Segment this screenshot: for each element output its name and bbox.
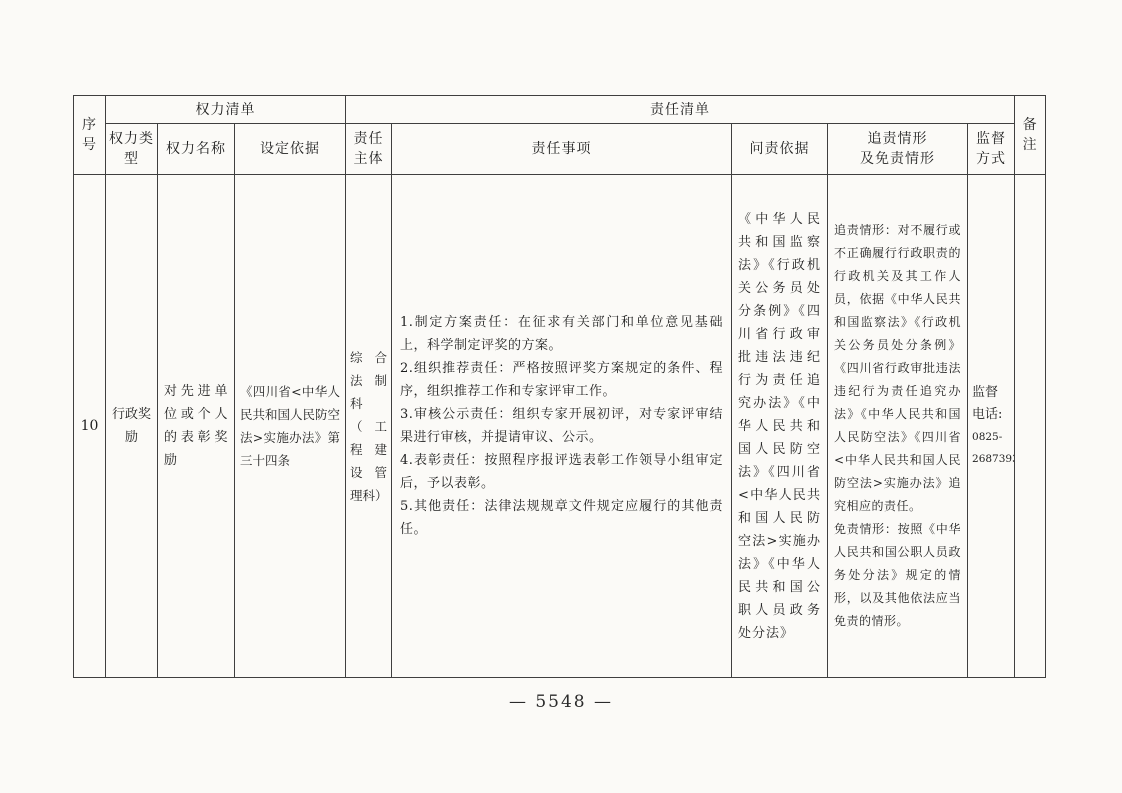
table-row: 10 行政奖励 对先进单位或个人的表彰奖励 《四川省<中华人民共和国人民防空法>… — [74, 175, 1046, 678]
cell-serial-number: 10 — [74, 175, 106, 678]
pursuit-situation-text: 追责情形：对不履行或不正确履行行政职责的行政机关及其工作人员，依据《中华人民共和… — [834, 219, 961, 518]
header-accountability-basis: 问责依据 — [732, 124, 828, 175]
cell-power-name: 对先进单位或个人的表彰奖励 — [158, 175, 235, 678]
scanned-document-page: 序号 权力清单 责任清单 备注 权力类型 权力名称 设定依据 责任主体 责任事项… — [0, 0, 1122, 793]
cell-setting-basis: 《四川省<中华人民共和国人民防空法>实施办法》第三十四条 — [235, 175, 346, 678]
responsibility-item-2: 2.组织推荐责任：严格按照评奖方案规定的条件、程序，组织推荐工作和专家评审工作。 — [400, 357, 723, 403]
page-number: — 5548 — — [0, 692, 1122, 712]
header-serial: 序号 — [74, 96, 106, 175]
header-responsibility-list: 责任清单 — [346, 96, 1015, 124]
exemption-situation-text: 免责情形：按照《中华人民共和国公职人员政务处分法》规定的情形，以及其他依法应当免… — [834, 518, 961, 633]
header-power-list: 权力清单 — [106, 96, 346, 124]
cell-power-type: 行政奖励 — [106, 175, 158, 678]
header-accountability-situations: 追责情形 及免责情形 — [828, 124, 968, 175]
responsibility-item-5: 5.其他责任：法律法规规章文件规定应履行的其他责任。 — [400, 495, 723, 541]
supervision-line-2: 电话: — [972, 404, 1010, 426]
responsibility-item-1: 1.制定方案责任：在征求有关部门和单位意见基础上，科学制定评奖的方案。 — [400, 311, 723, 357]
cell-supervision-method: 监督 电话: 0825- 2687393 — [968, 175, 1015, 678]
header-setting-basis: 设定依据 — [235, 124, 346, 175]
supervision-line-3: 0825- — [972, 426, 1010, 448]
cell-accountability-basis: 《中华人民共和国监察法》《行政机关公务员处分条例》《四川省行政审批违法违纪行为责… — [732, 175, 828, 678]
supervision-line-4: 2687393 — [972, 448, 1010, 470]
responsibility-item-4: 4.表彰责任：按照程序报评选表彰工作领导小组审定后，予以表彰。 — [400, 449, 723, 495]
header-responsibility-items: 责任事项 — [392, 124, 732, 175]
header-accountability-situations-line2: 及免责情形 — [831, 149, 964, 169]
header-supervision-method: 监督方式 — [968, 124, 1015, 175]
header-responsible-entity: 责任主体 — [346, 124, 392, 175]
power-responsibility-table: 序号 权力清单 责任清单 备注 权力类型 权力名称 设定依据 责任主体 责任事项… — [73, 95, 1046, 678]
cell-responsibility-items: 1.制定方案责任：在征求有关部门和单位意见基础上，科学制定评奖的方案。 2.组织… — [392, 175, 732, 678]
cell-remarks — [1015, 175, 1046, 678]
responsibility-item-3: 3.审核公示责任：组织专家开展初评，对专家评审结果进行审核，并提请审议、公示。 — [400, 403, 723, 449]
header-power-type: 权力类型 — [106, 124, 158, 175]
header-accountability-situations-line1: 追责情形 — [831, 129, 964, 149]
cell-accountability-situations: 追责情形：对不履行或不正确履行行政职责的行政机关及其工作人员，依据《中华人民共和… — [828, 175, 968, 678]
header-remarks: 备注 — [1015, 96, 1046, 175]
header-power-name: 权力名称 — [158, 124, 235, 175]
supervision-line-1: 监督 — [972, 382, 1010, 404]
cell-responsible-entity: 综合法制科（工程建设管理科） — [346, 175, 392, 678]
